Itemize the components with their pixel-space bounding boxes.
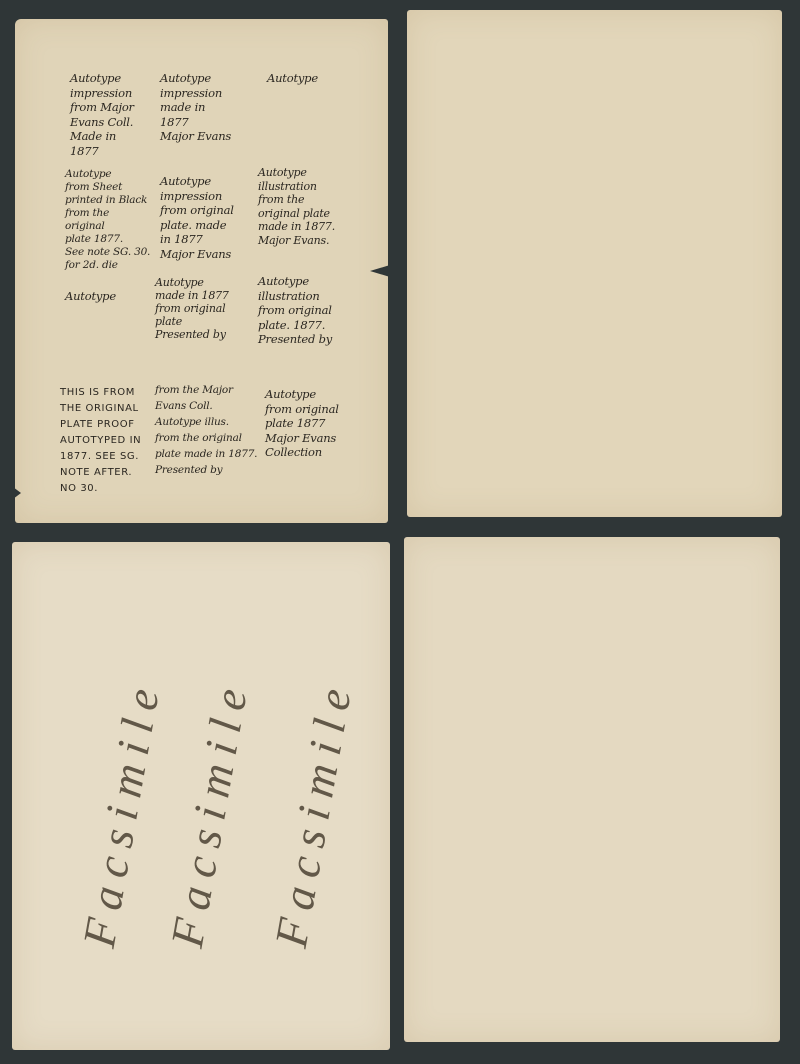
note-autotype-presented: Autotype made in 1877 from original plat… (155, 276, 229, 341)
facsimile-signature-2: Facsimile (160, 675, 259, 951)
note-autotype-sheet-black: Autotype from Sheet printed in Black fro… (65, 168, 150, 272)
paper-sheet-notes: Autotype impression from Major Evans Col… (15, 19, 388, 523)
paper-sheet-blank-reverse-2 (404, 537, 780, 1042)
note-plate-proof-caps: THIS IS FROM THE ORIGINAL PLATE PROOF AU… (60, 385, 141, 497)
paper-sheet-blank-reverse (407, 10, 782, 517)
note-autotype-impression-1877: Autotype impression made in 1877 Major E… (160, 71, 231, 144)
facsimile-signature-1: Facsimile (72, 675, 171, 951)
note-autotype-illustration-original: Autotype illustration from the original … (258, 166, 335, 247)
paper-sheet-facsimile: Facsimile Facsimile Facsimile (12, 542, 390, 1050)
note-autotype: Autotype (267, 71, 318, 86)
note-autotype-single: Autotype (65, 289, 116, 304)
paper-tear (13, 487, 21, 499)
note-autotype-original-plate: Autotype impression from original plate.… (160, 174, 234, 261)
note-evans-coll-illus: from the Major Evans Coll. Autotype illu… (155, 382, 257, 478)
note-autotype-illustration-presented: Autotype illustration from original plat… (258, 274, 332, 347)
note-autotype-impression-evans-coll: Autotype impression from Major Evans Col… (70, 71, 134, 158)
paper-tear (370, 265, 390, 277)
facsimile-signature-3: Facsimile (264, 675, 363, 951)
note-evans-collection: Autotype from original plate 1877 Major … (265, 387, 339, 460)
